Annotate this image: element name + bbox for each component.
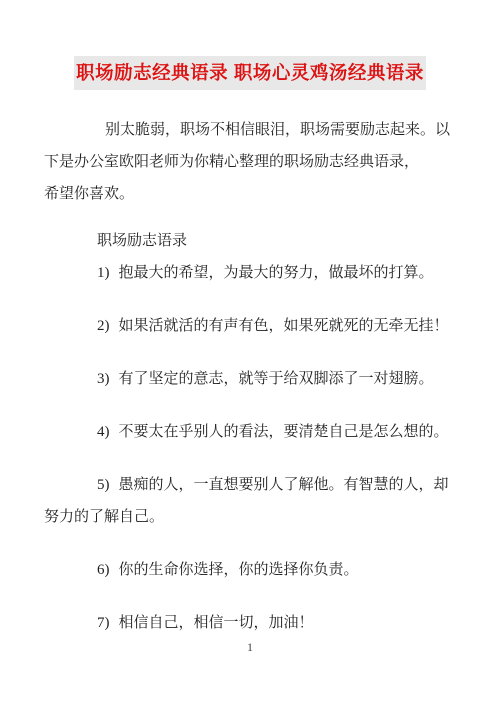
item-text: 不要太在乎别人的看法，要清楚自己是怎么想的。 [119, 424, 449, 440]
quote-list: 1)抱最大的希望，为最大的努力，做最坏的打算。 2)如果活就活的有声有色，如果死… [44, 257, 456, 639]
page-title: 职场励志经典语录 职场心灵鸡汤经典语录 [74, 56, 426, 90]
list-item: 1)抱最大的希望，为最大的努力，做最坏的打算。 [44, 257, 456, 289]
list-item: 5)愚痴的人，一直想要别人了解他。有智慧的人，却 努力的了解自己。 [44, 469, 456, 533]
section-heading: 职场励志语录 [44, 225, 456, 257]
list-item: 2)如果活就活的有声有色，如果死就死的无牵无挂！ [44, 310, 456, 342]
page-number: 1 [0, 640, 500, 655]
title-row: 职场励志经典语录 职场心灵鸡汤经典语录 [44, 0, 456, 90]
list-item: 6)你的生命你选择，你的选择你负责。 [44, 554, 456, 586]
item-number: 4) [97, 424, 110, 440]
intro-paragraph: 别太脆弱，职场不相信眼泪，职场需要励志起来。以 下是办公室欧阳老师为你精心整理的… [44, 114, 456, 210]
item-text: 抱最大的希望，为最大的努力，做最坏的打算。 [119, 265, 434, 281]
item-number: 1) [97, 265, 110, 281]
list-item: 3)有了坚定的意志，就等于给双脚添了一对翅膀。 [44, 363, 456, 395]
document-page: 职场励志经典语录 职场心灵鸡汤经典语录 别太脆弱，职场不相信眼泪，职场需要励志起… [0, 0, 500, 639]
item-text: 你的生命你选择，你的选择你负责。 [119, 562, 359, 578]
list-item: 4)不要太在乎别人的看法，要清楚自己是怎么想的。 [44, 416, 456, 448]
item-number: 2) [97, 318, 110, 334]
item-text: 有了坚定的意志，就等于给双脚添了一对翅膀。 [119, 371, 434, 387]
list-item: 7)相信自己，相信一切，加油！ [44, 607, 456, 639]
item-number: 5) [97, 477, 110, 493]
item-number: 3) [97, 371, 110, 387]
item-number: 7) [97, 615, 110, 631]
item-text: 如果活就活的有声有色，如果死就死的无牵无挂！ [119, 318, 449, 334]
item-number: 6) [97, 562, 110, 578]
item-text: 相信自己，相信一切，加油！ [119, 615, 314, 631]
